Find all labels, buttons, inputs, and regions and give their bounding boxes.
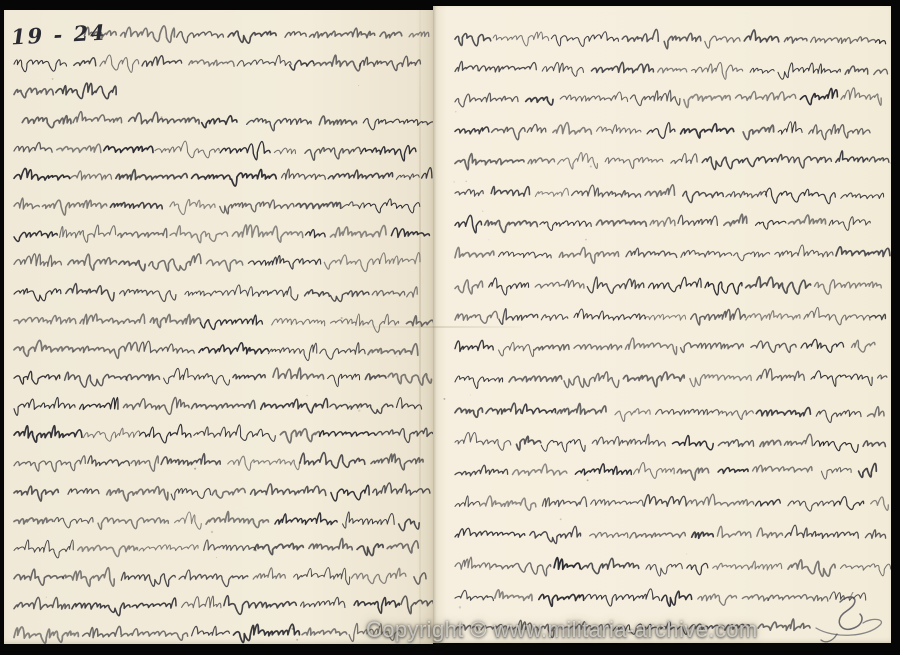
letter-page-right	[433, 6, 891, 643]
handwriting-right	[433, 6, 891, 643]
fold-crease-horizontal	[352, 326, 522, 328]
signature-paraph	[806, 592, 890, 646]
letter-scan: 19 - 24 Copyright © www.militaria-archiv…	[0, 0, 900, 655]
page-number-label: 19 - 24	[10, 20, 107, 50]
watermark-text: Copyright © www.militaria-archive.com	[366, 617, 758, 643]
